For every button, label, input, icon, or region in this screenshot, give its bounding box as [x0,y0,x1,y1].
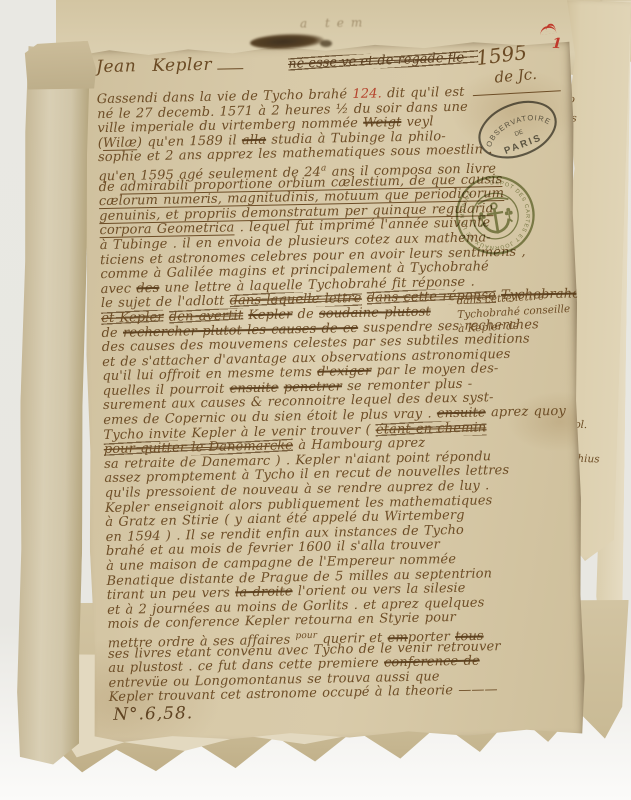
manuscript-text-segment: de [98,179,120,194]
manuscript-text-segment: penetrer [284,379,343,395]
manuscript-text-segment: ensuite [229,380,278,396]
manuscript-text-segment: ensuite [437,405,486,421]
title-underline-flourish [217,55,243,70]
svg-text:PARIS: PARIS [503,132,544,157]
ink-blot-small [320,40,332,47]
round-stamp-icon: DEPOT DES CARTES ET JOURNAUX DE LA MARIN… [448,168,542,262]
manuscript-text-segment: ——— [458,683,498,699]
binding-fold-corner [23,40,97,91]
red-folio-number: 1 [551,36,562,53]
ghost-ink-trace: a tem [300,15,370,30]
margin-note: dans cette lettre Tychobrahé conseille à… [456,287,588,336]
fleur-ornament-left-icon [477,212,486,224]
binding-strip [15,46,90,765]
manuscript-photo: noiusonisnusplet.compl.artschius633,éute… [0,0,631,800]
manuscript-text-segment: aprez quoy [486,404,566,421]
manuscript-text-segment: conference de [384,654,480,671]
marine-depot-stamp: DEPOT DES CARTES ET JOURNAUX DE LA MARIN… [448,168,542,262]
inventory-number: N°.6,58. [113,703,193,725]
manuscript-text-segment: des [136,281,159,296]
manuscript-text-segment: la droite [235,584,293,600]
manuscript-page: Jean Kepler né esse ve et de regade fle … [80,40,586,744]
title-first-name: Jean [96,56,136,77]
manuscript-text-segment: Kepler [248,307,292,323]
manuscript-text-segment: 124. [352,86,382,102]
manuscript-text-segment: Weigt [363,115,401,131]
manuscript-text-segment: de [292,307,319,323]
manuscript-text-segment: Wilæ [103,135,137,151]
manuscript-text-segment: avec [101,281,137,297]
manuscript-text-segment: de [101,325,123,340]
page-header: Jean Kepler [96,54,243,77]
manuscript-text-segment: étant en chemin [376,420,487,437]
manuscript-text-segment: pour [295,631,317,641]
scratched-out-header-text: né esse ve et de regade fle [288,50,478,72]
manuscript-text-segment: alla [242,132,267,147]
manuscript-text-segment: d'exiger [317,364,371,380]
title-last-name: Kepler [152,55,212,76]
year-annotation-sub: de Jc. [494,65,538,87]
svg-text:DE: DE [514,128,525,138]
manuscript-text-segment: veyl [401,115,433,131]
fleur-ornament-right-icon [504,207,513,219]
